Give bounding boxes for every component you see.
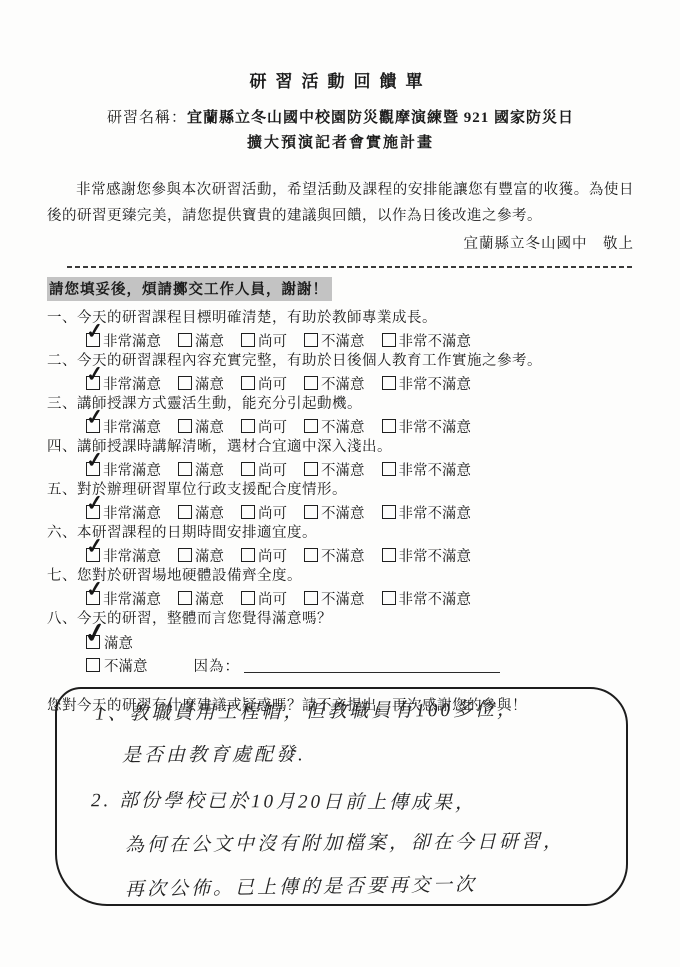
checkbox: [241, 548, 255, 562]
question-text: 八、今天的研習，整體而言您覺得滿意嗎？: [47, 609, 634, 631]
option-尚可: 尚可: [241, 330, 287, 351]
question-block-8: 八、今天的研習，整體而言您覺得滿意嗎？✓滿意不滿意因為：: [47, 609, 634, 677]
option-label: 滿意: [195, 459, 224, 480]
checkbox: ✓: [86, 419, 100, 433]
checkbox: ✓: [86, 376, 100, 390]
checkbox: ✓: [86, 548, 100, 562]
option-非常滿意: ✓非常滿意: [86, 545, 161, 566]
option-label: 非常不滿意: [399, 588, 472, 609]
option-非常滿意: ✓非常滿意: [86, 502, 161, 523]
option-尚可: 尚可: [241, 588, 287, 609]
question-options-row: ✓非常滿意滿意尚可不滿意非常不滿意: [47, 545, 634, 567]
option-label: 非常滿意: [103, 373, 161, 394]
question-text: 三、講師授課方式靈活生動，能充分引起動機。: [47, 394, 634, 416]
question-text: 五、對於辦理研習單位行政支援配合度情形。: [47, 480, 634, 502]
option-label: 非常不滿意: [399, 373, 472, 394]
option-label: 尚可: [258, 459, 287, 480]
question-options-row: ✓非常滿意滿意尚可不滿意非常不滿意: [47, 416, 634, 438]
option-非常不滿意: 非常不滿意: [382, 588, 472, 609]
option-label: 滿意: [195, 502, 224, 523]
question-block: 七、您對於研習場地硬體設備齊全度。✓非常滿意滿意尚可不滿意非常不滿意: [47, 566, 634, 609]
checkbox: [241, 376, 255, 390]
question-block: 六、本研習課程的日期時間安排適宜度。✓非常滿意滿意尚可不滿意非常不滿意: [47, 523, 634, 566]
session-name-line2: 擴大預演記者會實施計畫: [47, 133, 634, 153]
checkbox: [304, 505, 318, 519]
option-滿意: 滿意: [178, 588, 224, 609]
option-非常滿意: ✓非常滿意: [86, 330, 161, 351]
option-滿意: 滿意: [178, 459, 224, 480]
option-不滿意: 不滿意: [304, 502, 365, 523]
option-非常滿意: ✓非常滿意: [86, 588, 161, 609]
option-label: 非常滿意: [103, 330, 161, 351]
checkbox: [178, 591, 192, 605]
checkbox: [241, 505, 255, 519]
option-滿意: 滿意: [178, 502, 224, 523]
checkbox: ✓: [86, 635, 100, 649]
option-label: 非常滿意: [103, 545, 161, 566]
option-滿意: 滿意: [178, 330, 224, 351]
option-不滿意: 不滿意: [304, 588, 365, 609]
option-不滿意: 不滿意: [304, 330, 365, 351]
option-label: 滿意: [104, 632, 133, 653]
handwritten-note-line: 1、教職員用工程帽，但教職員有100多位，: [95, 696, 608, 727]
option-尚可: 尚可: [241, 416, 287, 437]
option-尚可: 尚可: [241, 545, 287, 566]
handwritten-note-line: 是否由教育處配發.: [122, 741, 608, 770]
checkbox: [304, 419, 318, 433]
checkbox: [241, 333, 255, 347]
option-不滿意: 不滿意: [304, 416, 365, 437]
option-label: 尚可: [258, 416, 287, 437]
checkbox: [304, 333, 318, 347]
option-非常不滿意: 非常不滿意: [382, 502, 472, 523]
checkbox: ✓: [86, 333, 100, 347]
question-text: 一、今天的研習課程目標明確清楚，有助於教師專業成長。: [47, 308, 634, 330]
checkbox: [178, 462, 192, 476]
checkbox: [382, 462, 396, 476]
option-非常不滿意: 非常不滿意: [382, 545, 472, 566]
option-非常不滿意: 非常不滿意: [382, 330, 472, 351]
option-尚可: 尚可: [241, 373, 287, 394]
question-options-row: ✓非常滿意滿意尚可不滿意非常不滿意: [47, 502, 634, 524]
checkbox: [86, 658, 100, 672]
option-label: 尚可: [258, 330, 287, 351]
page-title: 研習活動回饋單: [47, 72, 634, 92]
option-label: 非常滿意: [103, 502, 161, 523]
checkbox: [382, 548, 396, 562]
question-text: 七、您對於研習場地硬體設備齊全度。: [47, 566, 634, 588]
option-非常滿意: ✓非常滿意: [86, 373, 161, 394]
question-options-row: ✓非常滿意滿意尚可不滿意非常不滿意: [47, 373, 634, 395]
checkbox: [382, 419, 396, 433]
handwritten-note-line: 為何在公文中沒有附加檔案，卻在今日研習，: [125, 829, 608, 859]
option-label: 滿意: [195, 330, 224, 351]
option-label: 尚可: [258, 502, 287, 523]
checkbox: [178, 419, 192, 433]
checkbox: [178, 505, 192, 519]
option-滿意: 滿意: [178, 416, 224, 437]
option-label: 不滿意: [321, 545, 365, 566]
question-options-row: ✓非常滿意滿意尚可不滿意非常不滿意: [47, 588, 634, 610]
option-非常滿意: ✓非常滿意: [86, 459, 161, 480]
checkbox: [382, 376, 396, 390]
question-options-row: ✓非常滿意滿意尚可不滿意非常不滿意: [47, 459, 634, 481]
option-滿意: 滿意: [178, 373, 224, 394]
option-label: 非常滿意: [103, 588, 161, 609]
question-list: 一、今天的研習課程目標明確清楚，有助於教師專業成長。✓非常滿意滿意尚可不滿意非常…: [47, 308, 634, 677]
option-不滿意: 不滿意: [304, 373, 365, 394]
question-text: 二、今天的研習課程內容充實完整，有助於日後個人教育工作實施之參考。: [47, 351, 634, 373]
checkbox: [382, 505, 396, 519]
checkbox: [304, 376, 318, 390]
checkbox: [304, 548, 318, 562]
handwritten-notes-box: 1、教職員用工程帽，但教職員有100多位，是否由教育處配發.2. 部份學校已於1…: [55, 687, 628, 906]
question-text: 四、講師授課時講解清晰，選材合宜適中深入淺出。: [47, 437, 634, 459]
reason-label: 因為：: [194, 655, 241, 676]
question8-option-row: ✓滿意: [47, 631, 634, 654]
option-label: 非常不滿意: [399, 416, 472, 437]
highlighted-instruction: 請您填妥後，煩請擲交工作人員，謝謝！: [47, 277, 332, 301]
checkbox: ✓: [86, 591, 100, 605]
scanned-feedback-form-page: 研習活動回饋單 研習名稱：宜蘭縣立冬山國中校園防災觀摩演練暨 921 國家防災日…: [0, 0, 680, 967]
option-label: 不滿意: [321, 330, 365, 351]
option-label: 不滿意: [321, 416, 365, 437]
option-尚可: 尚可: [241, 459, 287, 480]
question-text: 六、本研習課程的日期時間安排適宜度。: [47, 523, 634, 545]
option-label: 非常不滿意: [399, 459, 472, 480]
session-name-label: 研習名稱：: [107, 110, 187, 126]
checkbox: [382, 591, 396, 605]
option-非常不滿意: 非常不滿意: [382, 416, 472, 437]
option-label: 滿意: [195, 545, 224, 566]
question8-option-row: 不滿意因為：: [47, 654, 634, 677]
option-label: 尚可: [258, 588, 287, 609]
session-name-line: 研習名稱：宜蘭縣立冬山國中校園防災觀摩演練暨 921 國家防災日: [47, 108, 634, 128]
question-block: 四、講師授課時講解清晰，選材合宜適中深入淺出。✓非常滿意滿意尚可不滿意非常不滿意: [47, 437, 634, 480]
option-非常滿意: ✓非常滿意: [86, 416, 161, 437]
checkbox: [178, 376, 192, 390]
option-label: 不滿意: [321, 459, 365, 480]
option-label: 非常滿意: [103, 416, 161, 437]
option-尚可: 尚可: [241, 502, 287, 523]
option-label: 不滿意: [104, 655, 148, 676]
option-label: 非常不滿意: [399, 502, 472, 523]
option-非常不滿意: 非常不滿意: [382, 459, 472, 480]
option-label: 非常不滿意: [399, 545, 472, 566]
option-label: 滿意: [195, 588, 224, 609]
question-block: 三、講師授課方式靈活生動，能充分引起動機。✓非常滿意滿意尚可不滿意非常不滿意: [47, 394, 634, 437]
instruction-wrap: 請您填妥後，煩請擲交工作人員，謝謝！: [47, 277, 634, 301]
checkbox: [241, 462, 255, 476]
session-name-value: 宜蘭縣立冬山國中校園防災觀摩演練暨 921 國家防災日: [187, 110, 574, 126]
question-block: 一、今天的研習課程目標明確清楚，有助於教師專業成長。✓非常滿意滿意尚可不滿意非常…: [47, 308, 634, 351]
option-不滿意: 不滿意: [304, 459, 365, 480]
handwritten-note-line: 2. 部份學校已於10月20日前上傳成果，: [91, 788, 608, 818]
question-block: 二、今天的研習課程內容充實完整，有助於日後個人教育工作實施之參考。✓非常滿意滿意…: [47, 351, 634, 394]
checkbox: [304, 462, 318, 476]
question-options-row: ✓非常滿意滿意尚可不滿意非常不滿意: [47, 330, 634, 352]
checkbox: [178, 333, 192, 347]
checkbox: [304, 591, 318, 605]
checkbox: [241, 419, 255, 433]
checkbox: [382, 333, 396, 347]
handwritten-note-line: 再次公佈。已上傳的是否要再交一次: [125, 871, 608, 904]
question-block: 五、對於辦理研習單位行政支援配合度情形。✓非常滿意滿意尚可不滿意非常不滿意: [47, 480, 634, 523]
option-不滿意: 不滿意: [304, 545, 365, 566]
option-label: 滿意: [195, 373, 224, 394]
option-label: 不滿意: [321, 502, 365, 523]
option-label: 不滿意: [321, 373, 365, 394]
reason-blank-line: [244, 657, 500, 673]
option-label: 尚可: [258, 545, 287, 566]
option-label: 不滿意: [321, 588, 365, 609]
option-滿意: 滿意: [178, 545, 224, 566]
checkbox: [178, 548, 192, 562]
option-label: 滿意: [195, 416, 224, 437]
checkbox: ✓: [86, 505, 100, 519]
signature-line: 宜蘭縣立冬山國中 敬上: [47, 232, 634, 253]
dashed-separator: [67, 266, 632, 268]
intro-paragraph: 非常感謝您參與本次研習活動，希望活動及課程的安排能讓您有豐富的收獲。為使日後的研…: [47, 177, 634, 229]
option-label: 非常滿意: [103, 459, 161, 480]
checkbox: ✓: [86, 462, 100, 476]
option-非常不滿意: 非常不滿意: [382, 373, 472, 394]
option-label: 尚可: [258, 373, 287, 394]
option-label: 非常不滿意: [399, 330, 472, 351]
checkbox: [241, 591, 255, 605]
